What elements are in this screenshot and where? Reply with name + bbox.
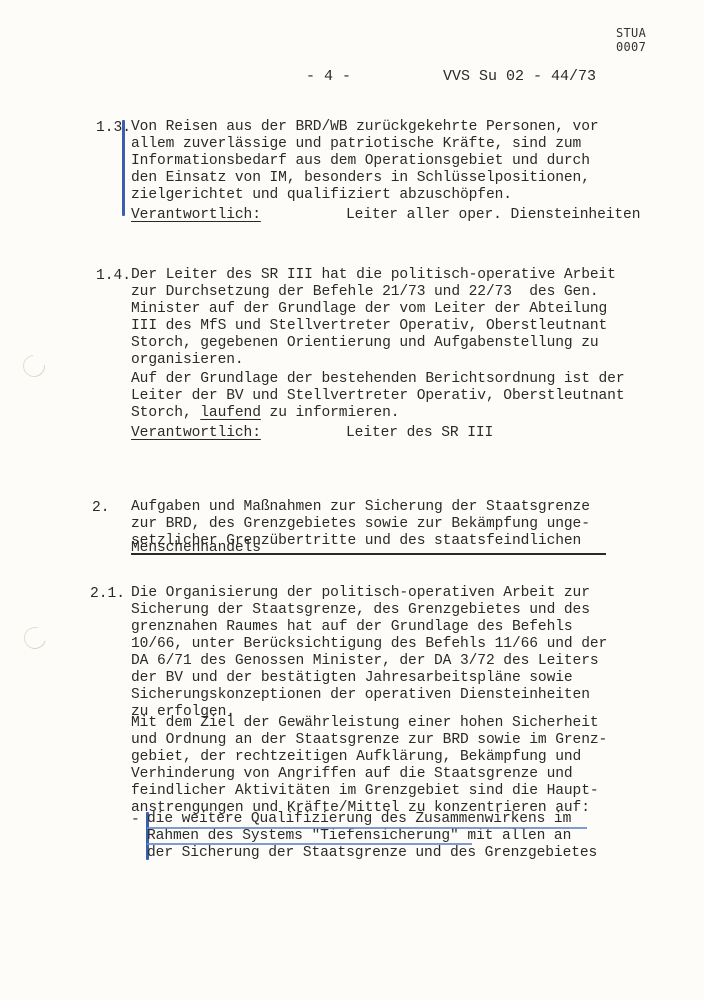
text-line: Minister auf der Grundlage der vom Leite… <box>131 301 607 318</box>
text-fragment: Storch, <box>131 405 200 421</box>
annotation-underline <box>147 843 472 845</box>
text-line: Mit dem Ziel der Gewährleistung einer ho… <box>131 715 599 732</box>
responsible-label: Verantwortlich: <box>131 425 261 442</box>
text-line: 10/66, unter Berücksichtigung des Befehl… <box>131 636 607 653</box>
stamp-line-1: STUA <box>616 26 646 40</box>
section-number-2-1: 2.1. <box>90 586 125 602</box>
text-line: Storch, gegebenen Orientierung und Aufga… <box>131 335 599 352</box>
text-line: zielgerichtet und qualifiziert abzuschöp… <box>131 187 512 204</box>
text-line: Auf der Grundlage der bestehenden Berich… <box>131 371 625 388</box>
punch-hole-bottom <box>20 623 50 653</box>
section-number-1-3: 1.3. <box>96 120 131 136</box>
text-fragment: zu informieren. <box>261 405 400 421</box>
text-line: III des MfS und Stellvertreter Operativ,… <box>131 318 607 335</box>
stamp-line-2: 0007 <box>616 40 646 54</box>
text-line: Aufgaben und Maßnahmen zur Sicherung der… <box>131 499 590 516</box>
responsible-label: Verantwortlich: <box>131 207 261 224</box>
annotation-margin-bar <box>122 120 125 216</box>
bullet-dash: - <box>131 812 140 829</box>
text-line: zur BRD, des Grenzgebietes sowie zur Bek… <box>131 516 590 533</box>
text-line: der Sicherung der Staatsgrenze und des G… <box>147 845 597 862</box>
archive-stamp: STUA 0007 <box>616 26 646 54</box>
text-line: Der Leiter des SR III hat die politisch-… <box>131 267 616 284</box>
heading-underline <box>131 553 606 555</box>
text-line: Menschenhandels <box>131 540 261 557</box>
text-line: DA 6/71 des Genossen Minister, der DA 3/… <box>131 653 599 670</box>
text-line: feindlicher Aktivitäten im Grenzgebiet s… <box>131 783 599 800</box>
text-line: Leiter der BV und Stellvertreter Operati… <box>131 388 625 405</box>
text-line: Storch, laufend zu informieren. <box>131 405 399 422</box>
emphasis-laufend: laufend <box>200 405 261 421</box>
text-line: Die Organisierung der politisch-operativ… <box>131 585 590 602</box>
text-line: Verhinderung von Angriffen auf die Staat… <box>131 766 573 783</box>
text-line: und Ordnung an der Staatsgrenze zur BRD … <box>131 732 607 749</box>
text-line: der BV und der bestätigten Jahresarbeits… <box>131 670 573 687</box>
text-line: gebiet, der rechtzeitigen Aufklärung, Be… <box>131 749 581 766</box>
document-reference: VVS Su 02 - 44/73 <box>443 68 596 85</box>
section-number-1-4: 1.4. <box>96 268 131 284</box>
text-line: Sicherungskonzeptionen der operativen Di… <box>131 687 590 704</box>
document-page: STUA 0007 - 4 - VVS Su 02 - 44/73 1.3. V… <box>0 0 704 1000</box>
responsible-value: Leiter aller oper. Diensteinheiten <box>346 207 640 224</box>
text-line: zur Durchsetzung der Befehle 21/73 und 2… <box>131 284 599 301</box>
text-line: grenznahen Raumes hat auf der Grundlage … <box>131 619 573 636</box>
text-line: allem zuverlässige und patriotische Kräf… <box>131 136 581 153</box>
text-line: organisieren. <box>131 352 244 369</box>
page-number: - 4 - <box>306 68 351 85</box>
section-number-2: 2. <box>92 500 110 516</box>
text-line: den Einsatz von IM, besonders in Schlüss… <box>131 170 590 187</box>
punch-hole-top <box>19 351 50 382</box>
annotation-underline <box>147 827 587 829</box>
text-line: die weitere Qualifizierung des Zusammenw… <box>147 811 571 828</box>
text-line: Sicherung der Staatsgrenze, des Grenzgeb… <box>131 602 590 619</box>
responsible-value: Leiter des SR III <box>346 425 493 442</box>
text-line: Informationsbedarf aus dem Operationsgeb… <box>131 153 590 170</box>
text-line: Von Reisen aus der BRD/WB zurückgekehrte… <box>131 119 599 136</box>
